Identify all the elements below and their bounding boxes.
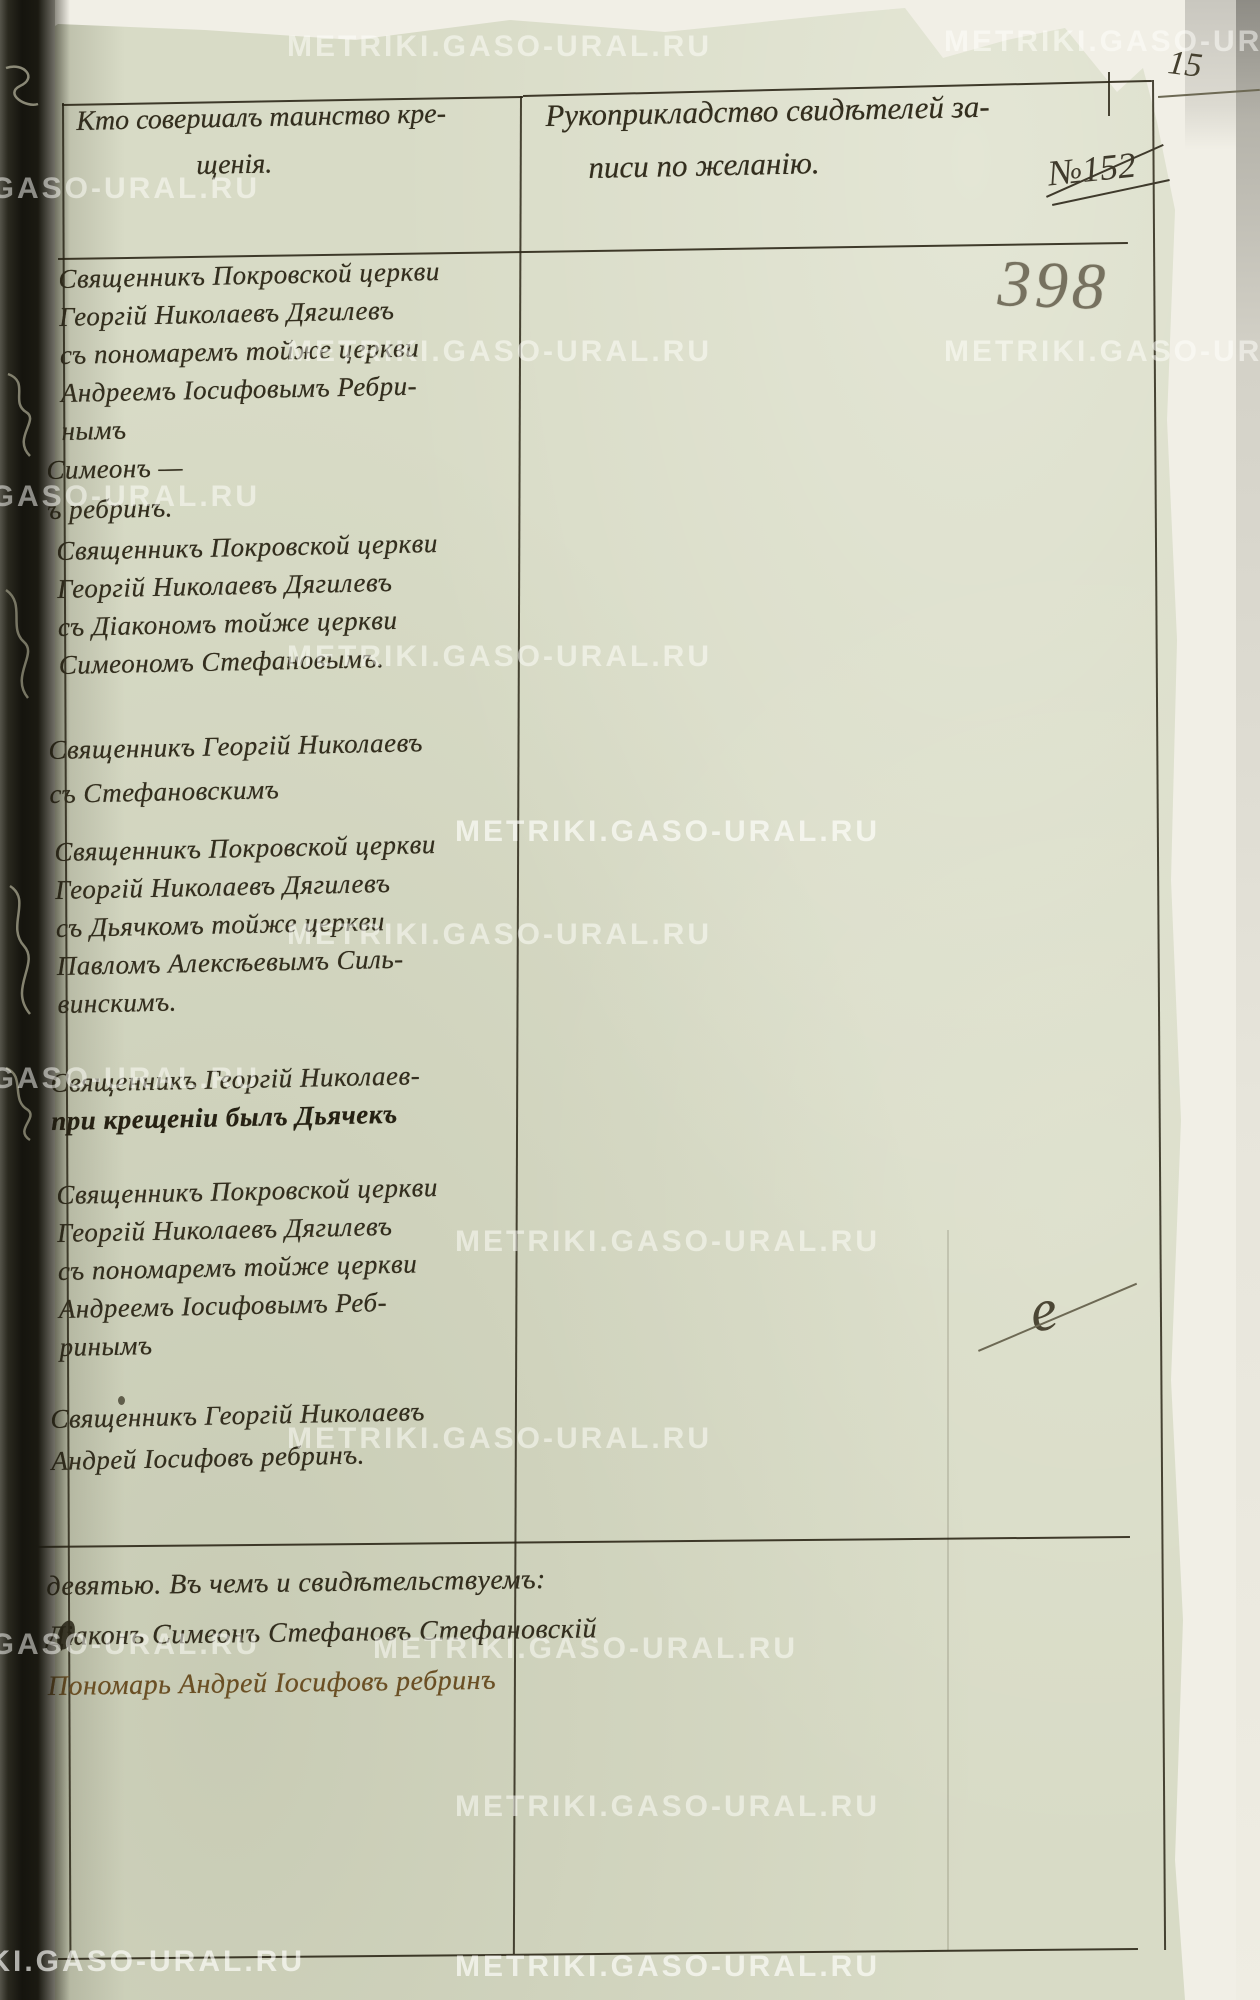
entry-line: при крещеніи былъ Дьячекъ [51, 1094, 422, 1140]
watermark-text: METRIKI.GASO-URAL.RU [287, 640, 712, 674]
watermark-text: METRIKI.GASO-URAL.RU [0, 172, 260, 206]
entry-line: винскимъ. [57, 977, 439, 1023]
entry-line: Андреемъ Іосифовымъ Ребри- [60, 366, 442, 412]
ink-speck [118, 1396, 125, 1405]
facing-page-text-fragment [0, 880, 44, 1020]
watermark-text: METRIKI.GASO-URAL.RU [944, 335, 1260, 369]
watermark-text: METRIKI.GASO-URAL.RU [287, 1422, 712, 1456]
watermark-text: METRIKI.GASO-URAL.RU [287, 335, 712, 369]
register-entry: Священникъ Покровской церкви Георгій Ник… [56, 1168, 441, 1366]
entry-line: Андреемъ Іосифовымъ Реб- [58, 1282, 440, 1328]
scanner-right-edge [1236, 0, 1260, 2000]
watermark-text: METRIKI.GASO-URAL.RU [455, 1790, 880, 1824]
corner-stub-rule [1108, 72, 1110, 116]
watermark-text: METRIKI.GASO-URAL.RU [0, 1628, 260, 1662]
watermark-text: METRIKI.GASO-URAL.RU [373, 1632, 798, 1666]
closing-line: девятью. Въ чемъ и свидѣтельствуемъ: [46, 1554, 597, 1612]
watermark-text: METRIKI.GASO-URAL.RU [455, 1225, 880, 1259]
scanned-register-page: Кто совершалъ таинство кре- щенія. Рукоп… [0, 0, 1260, 2000]
entry-line: ринымъ [59, 1320, 441, 1366]
watermark-text: METRIKI.GASO-URAL.RU [287, 30, 712, 64]
watermark-text: METRIKI.GASO-URAL.RU [0, 480, 260, 514]
header-right-line: писи по желанію. [588, 145, 820, 186]
watermark-text: METRIKI.GASO-URAL.RU [0, 1945, 305, 1979]
entry-line: нымъ [61, 404, 443, 450]
entry-line: Священникъ Георгій Николаевъ [48, 720, 423, 772]
paper-crease [947, 1230, 949, 1950]
watermark-text: METRIKI.GASO-URAL.RU [944, 25, 1260, 59]
watermark-text: METRIKI.GASO-URAL.RU [287, 918, 712, 952]
watermark-text: METRIKI.GASO-URAL.RU [0, 1062, 260, 1096]
pencil-page-number: 398 [997, 246, 1111, 326]
facing-page-text-fragment [0, 580, 42, 705]
facing-page-text-fragment [0, 368, 46, 463]
register-entry: Священникъ Георгій Николаевъ съ Стефанов… [48, 720, 424, 816]
facing-page-text-fragment [0, 60, 44, 130]
watermark-text: METRIKI.GASO-URAL.RU [455, 815, 880, 849]
entry-line: съ Стефановскимъ [49, 764, 424, 816]
watermark-text: METRIKI.GASO-URAL.RU [455, 1950, 880, 1984]
